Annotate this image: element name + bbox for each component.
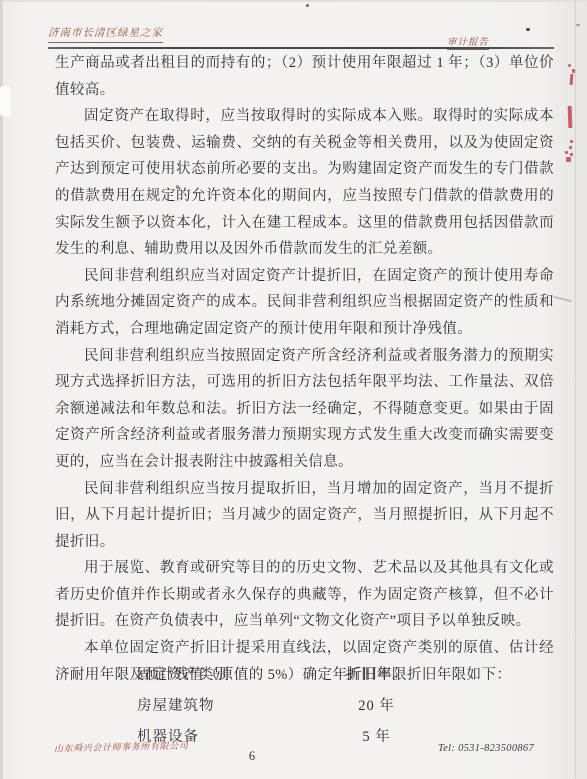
- scan-edge-right: [575, 0, 576, 779]
- scanned-document-page: 济南市长清区绿星之家 审计报告 生产商品或者出租目的而持有的；（2）预计使用年限…: [0, 0, 587, 779]
- header-rule: [48, 47, 554, 49]
- table-cell-category: 房屋建筑物: [137, 694, 302, 715]
- table-cell-years: 5 年: [314, 725, 439, 746]
- depreciation-table: 固定资产类别 折旧年限 房屋建筑物 20 年 机器设备 5 年: [55, 658, 475, 751]
- header-organization-name: 济南市长清区绿星之家: [48, 25, 163, 43]
- scan-edge-left: [0, 0, 3, 779]
- red-stamp-fragment: [570, 153, 573, 156]
- red-stamp-fragment: [566, 157, 571, 162]
- red-stamp-fragment: [568, 106, 573, 128]
- body-paragraph: 民间非营利组织应当按照固定资产所含经济利益或者服务潜力的预期实现方式选择折旧方法…: [55, 343, 554, 476]
- scan-edge-top: [0, 0, 587, 2]
- red-stamp-fragment: [568, 64, 571, 67]
- scan-speck: [576, 24, 580, 26]
- footer-firm-name: 山东舜兴会计师事务所有限公司: [54, 738, 189, 754]
- table-cell-years: 20 年: [314, 694, 439, 715]
- page-number: 6: [240, 749, 264, 764]
- scan-speck: [526, 28, 530, 31]
- scan-speck: [306, 4, 309, 7]
- pencil-mark: [553, 296, 572, 303]
- scan-speck: [176, 185, 179, 189]
- document-body: 生产商品或者出租目的而持有的；（2）预计使用年限超过 1 年；（3）单位价值较高…: [55, 50, 554, 688]
- column-header-years: 折旧年限: [314, 663, 439, 684]
- column-header-category: 固定资产类别: [137, 663, 302, 684]
- body-paragraph: 固定资产在取得时，应当按取得时的实际成本入账。取得时的实际成本包括买价、包装费、…: [55, 103, 554, 263]
- scan-notch: [0, 86, 11, 116]
- footer-telephone: Tel: 0531-823500867: [438, 743, 534, 754]
- red-stamp-fragment: [565, 151, 568, 154]
- table-row: 房屋建筑物 20 年: [55, 689, 475, 720]
- body-paragraph: 用于展览、教育或研究等目的的历史文物、艺术品以及其他具有文化或者历史价值并作长期…: [55, 555, 554, 635]
- red-stamp-fragment: [570, 140, 573, 143]
- red-stamp-fragment: [569, 146, 572, 149]
- body-paragraph: 民间非营利组织应当按月提取折旧，当月增加的固定资产，当月不提折旧，从下月起计提折…: [55, 476, 554, 556]
- red-stamp-fragment: [570, 74, 574, 85]
- table-header-row: 固定资产类别 折旧年限: [55, 658, 475, 689]
- body-paragraph: 民间非营利组织应当对固定资产计提折旧，在固定资产的预计使用寿命内系统地分摊固定资…: [55, 263, 554, 343]
- body-paragraph: 生产商品或者出租目的而持有的；（2）预计使用年限超过 1 年；（3）单位价值较高…: [55, 50, 554, 103]
- red-stamp-fragment: [572, 69, 575, 73]
